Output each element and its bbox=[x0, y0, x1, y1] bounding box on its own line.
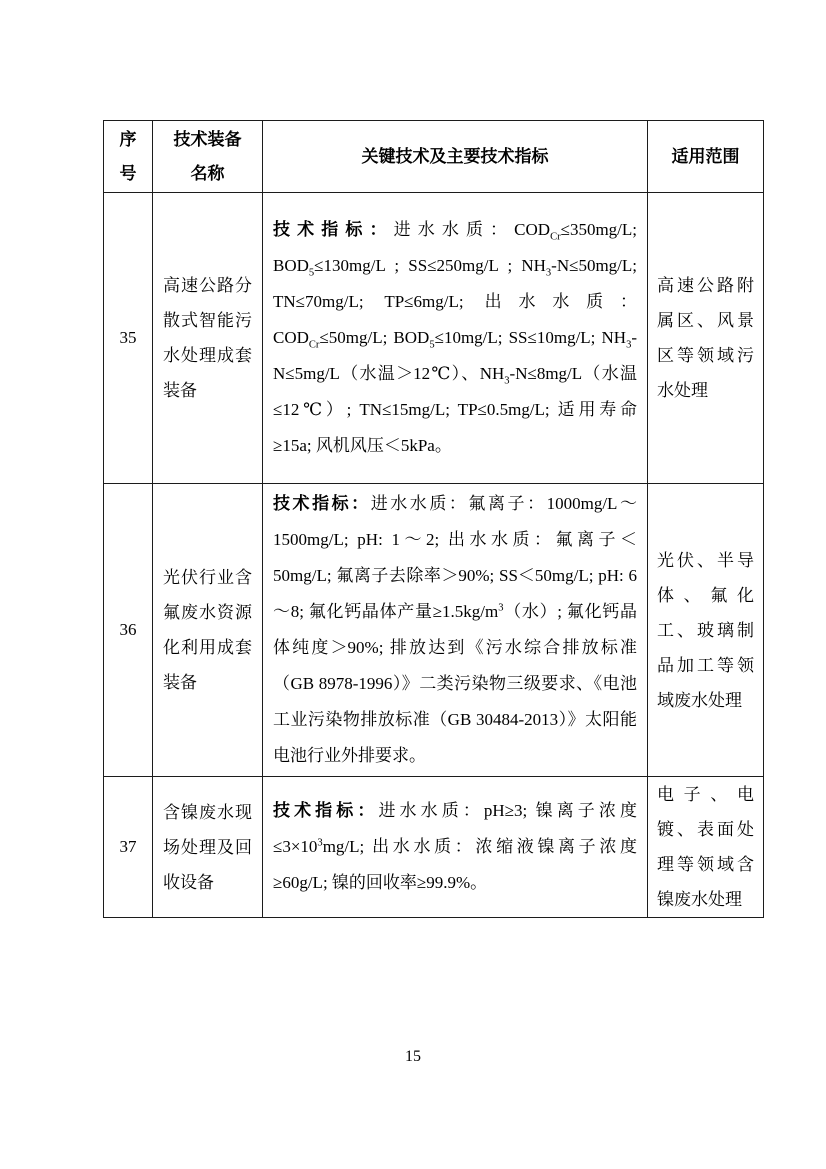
tech-indicators-cell: 技术指标：进水水质：氟离子：1000mg/L～1500mg/L; pH: 1～2… bbox=[263, 484, 648, 777]
row-number: 36 bbox=[104, 484, 153, 777]
tech-indicators-cell: 技术指标：进水水质：pH≥3; 镍离子浓度≤3×103mg/L; 出水水质：浓缩… bbox=[263, 777, 648, 918]
equipment-name: 光伏行业含氟废水资源化利用成套装备 bbox=[163, 560, 252, 700]
page-number: 15 bbox=[0, 1048, 826, 1066]
row-number: 37 bbox=[104, 777, 153, 918]
equipment-name: 含镍废水现场处理及回收设备 bbox=[163, 795, 252, 900]
scope-cell: 电子、电镀、表面处理等领域含镍废水处理 bbox=[648, 777, 764, 918]
header-cell-tech: 关键技术及主要技术指标 bbox=[263, 121, 648, 193]
row-number: 35 bbox=[104, 193, 153, 484]
table-row-37: 37 含镍废水现场处理及回收设备 技术指标：进水水质：pH≥3; 镍离子浓度≤3… bbox=[104, 777, 764, 918]
tech-indicators-cell: 技术指标：进水水质：CODCr≤350mg/L; BOD5≤130mg/L ; … bbox=[263, 193, 648, 484]
equipment-table: 序 号 技术装备 名称 关键技术及主要技术指标 适用范围 35 高速公路分散式智… bbox=[103, 120, 764, 918]
equipment-name-cell: 光伏行业含氟废水资源化利用成套装备 bbox=[153, 484, 263, 777]
scope-cell: 光伏、半导体、氟化工、玻璃制品加工等领域废水处理 bbox=[648, 484, 764, 777]
scope-cell: 高速公路附属区、风景区等领域污水处理 bbox=[648, 193, 764, 484]
table-header-row: 序 号 技术装备 名称 关键技术及主要技术指标 适用范围 bbox=[104, 121, 764, 193]
scope-text: 高速公路附属区、风景区等领域污水处理 bbox=[657, 268, 754, 408]
header-cell-name: 技术装备 名称 bbox=[153, 121, 263, 193]
equipment-name: 高速公路分散式智能污水处理成套装备 bbox=[163, 268, 252, 408]
equipment-name-cell: 高速公路分散式智能污水处理成套装备 bbox=[153, 193, 263, 484]
table-row-35: 35 高速公路分散式智能污水处理成套装备 技术指标：进水水质：CODCr≤350… bbox=[104, 193, 764, 484]
scope-text: 电子、电镀、表面处理等领域含镍废水处理 bbox=[657, 777, 754, 917]
scope-text: 光伏、半导体、氟化工、玻璃制品加工等领域废水处理 bbox=[657, 543, 754, 718]
table-row-36: 36 光伏行业含氟废水资源化利用成套装备 技术指标：进水水质：氟离子：1000m… bbox=[104, 484, 764, 777]
header-cell-no: 序 号 bbox=[104, 121, 153, 193]
header-cell-scope: 适用范围 bbox=[648, 121, 764, 193]
equipment-name-cell: 含镍废水现场处理及回收设备 bbox=[153, 777, 263, 918]
